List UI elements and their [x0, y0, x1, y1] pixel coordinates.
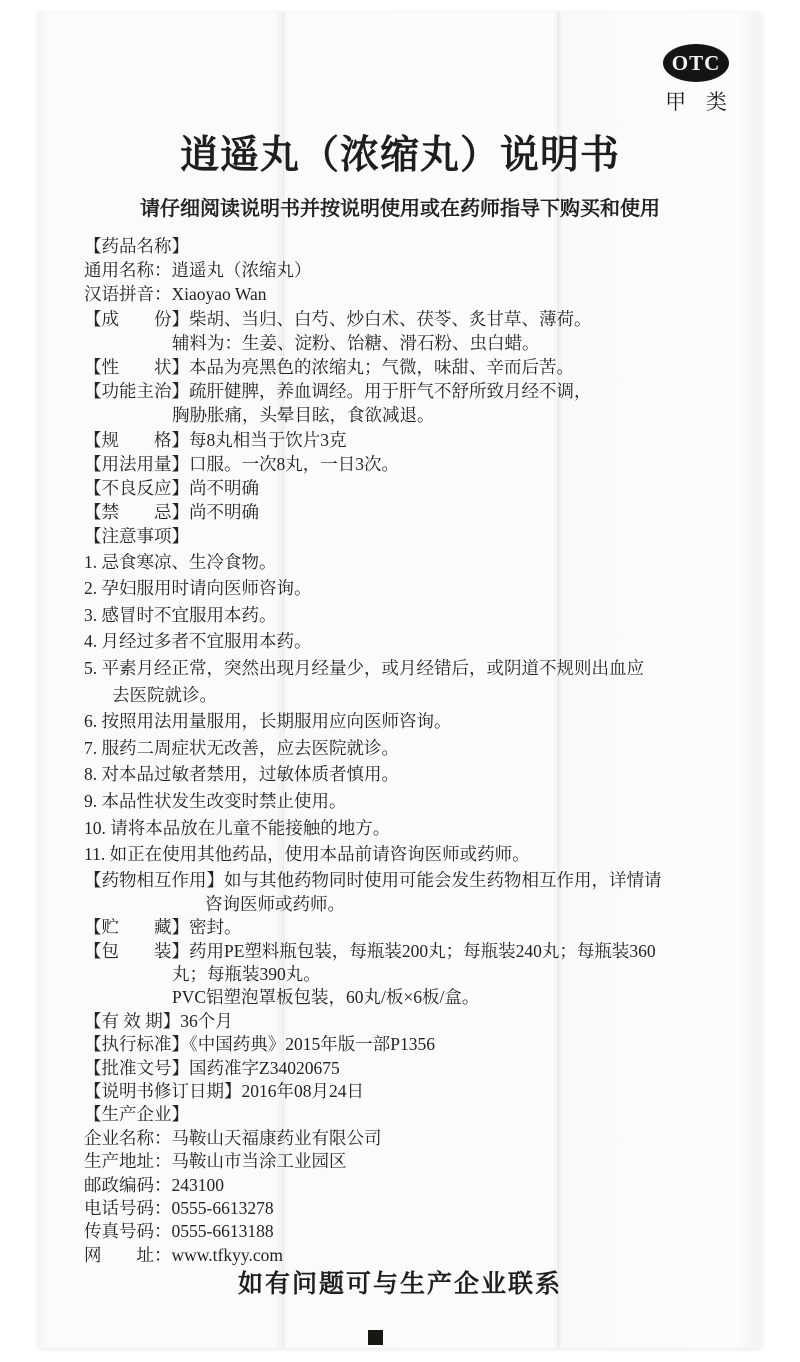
document-lines: 【药品名称】通用名称：逍遥丸（浓缩丸）汉语拼音：Xiaoyao Wan【成 份】… [38, 234, 762, 1267]
text-line: 丸；每瓶装390丸。 [38, 963, 762, 986]
text-line: 辅料为：生姜、淀粉、饴糖、滑石粉、虫白蜡。 [38, 331, 762, 355]
text-line: 胸胁胀痛，头晕目眩，食欲减退。 [38, 403, 762, 427]
registration-mark [368, 1330, 383, 1345]
text-line: 企业名称：马鞍山天福康药业有限公司 [38, 1127, 762, 1150]
text-line: 【有 效 期】36个月 [38, 1010, 762, 1033]
text-line: 3. 感冒时不宜服用本药。 [38, 602, 762, 629]
text-line: 汉语拼音：Xiaoyao Wan [38, 282, 762, 306]
usage-notice: 请仔细阅读说明书并按说明使用或在药师指导下购买和使用 [38, 192, 762, 221]
text-line: 通用名称：逍遥丸（浓缩丸） [38, 258, 762, 282]
text-line: 5. 平素月经正常，突然出现月经量少，或月经错后，或阴道不规则出血应 [38, 655, 762, 682]
text-line: 9. 本品性状发生改变时禁止使用。 [38, 788, 762, 815]
text-line: 6. 按照用法用量服用，长期服用应向医师咨询。 [38, 708, 762, 735]
text-line: 【性 状】本品为亮黑色的浓缩丸；气微，味甜、辛而后苦。 [38, 355, 762, 379]
otc-class-label: 甲 类 [658, 86, 734, 116]
text-line: 【药物相互作用】如与其他药物同时使用可能会发生药物相互作用，详情请 [38, 868, 762, 892]
text-line: 传真号码：0555-6613188 [38, 1220, 762, 1243]
text-line: 11. 如正在使用其他药品，使用本品前请咨询医师或药师。 [38, 841, 762, 868]
text-line: 【生产企业】 [38, 1103, 762, 1126]
text-line: 【说明书修订日期】2016年08月24日 [38, 1080, 762, 1103]
text-line: 【禁 忌】尚不明确 [38, 500, 762, 524]
text-line: 【执行标准】《中国药典》2015年版一部P1356 [38, 1033, 762, 1056]
text-line: 1. 忌食寒凉、生冷食物。 [38, 549, 762, 576]
text-line: 【包 装】药用PE塑料瓶包装，每瓶装200丸；每瓶装240丸；每瓶装360 [38, 940, 762, 963]
text-line: 【用法用量】口服。一次8丸，一日3次。 [38, 452, 762, 476]
text-line: 10. 请将本品放在儿童不能接触的地方。 [38, 815, 762, 842]
text-line: 生产地址：马鞍山市当涂工业园区 [38, 1150, 762, 1173]
text-line: 2. 孕妇服用时请向医师咨询。 [38, 575, 762, 602]
text-line: 【规 格】每8丸相当于饮片3克 [38, 428, 762, 452]
text-line: 【成 份】柴胡、当归、白芍、炒白术、茯苓、炙甘草、薄荷。 [38, 307, 762, 331]
text-line: 【批准文号】国药准字Z34020675 [38, 1057, 762, 1080]
text-line: PVC铝塑泡罩板包装，60丸/板×6板/盒。 [38, 986, 762, 1009]
leaflet-photo: OTC 甲 类 逍遥丸（浓缩丸）说明书 请仔细阅读说明书并按说明使用或在药师指导… [0, 0, 800, 1362]
text-line: 7. 服药二周症状无改善，应去医院就诊。 [38, 735, 762, 762]
leaflet-paper: OTC 甲 类 逍遥丸（浓缩丸）说明书 请仔细阅读说明书并按说明使用或在药师指导… [38, 12, 762, 1348]
text-line: 【贮 藏】密封。 [38, 916, 762, 939]
text-line: 8. 对本品过敏者禁用，过敏体质者慎用。 [38, 761, 762, 788]
text-line: 去医院就诊。 [38, 682, 762, 709]
otc-logo-text: OTC [672, 51, 721, 76]
text-line: 【药品名称】 [38, 234, 762, 258]
text-line: 【功能主治】疏肝健脾，养血调经。用于肝气不舒所致月经不调， [38, 379, 762, 403]
footer-note: 如有问题可与生产企业联系 [38, 1264, 762, 1300]
text-line: 【注意事项】 [38, 524, 762, 548]
text-line: 咨询医师或药师。 [38, 892, 762, 916]
page-title: 逍遥丸（浓缩丸）说明书 [38, 124, 762, 180]
text-line: 【不良反应】尚不明确 [38, 476, 762, 500]
text-line: 电话号码：0555-6613278 [38, 1197, 762, 1220]
otc-badge: OTC [663, 44, 729, 82]
text-line: 4. 月经过多者不宜服用本药。 [38, 628, 762, 655]
text-line: 邮政编码：243100 [38, 1174, 762, 1197]
